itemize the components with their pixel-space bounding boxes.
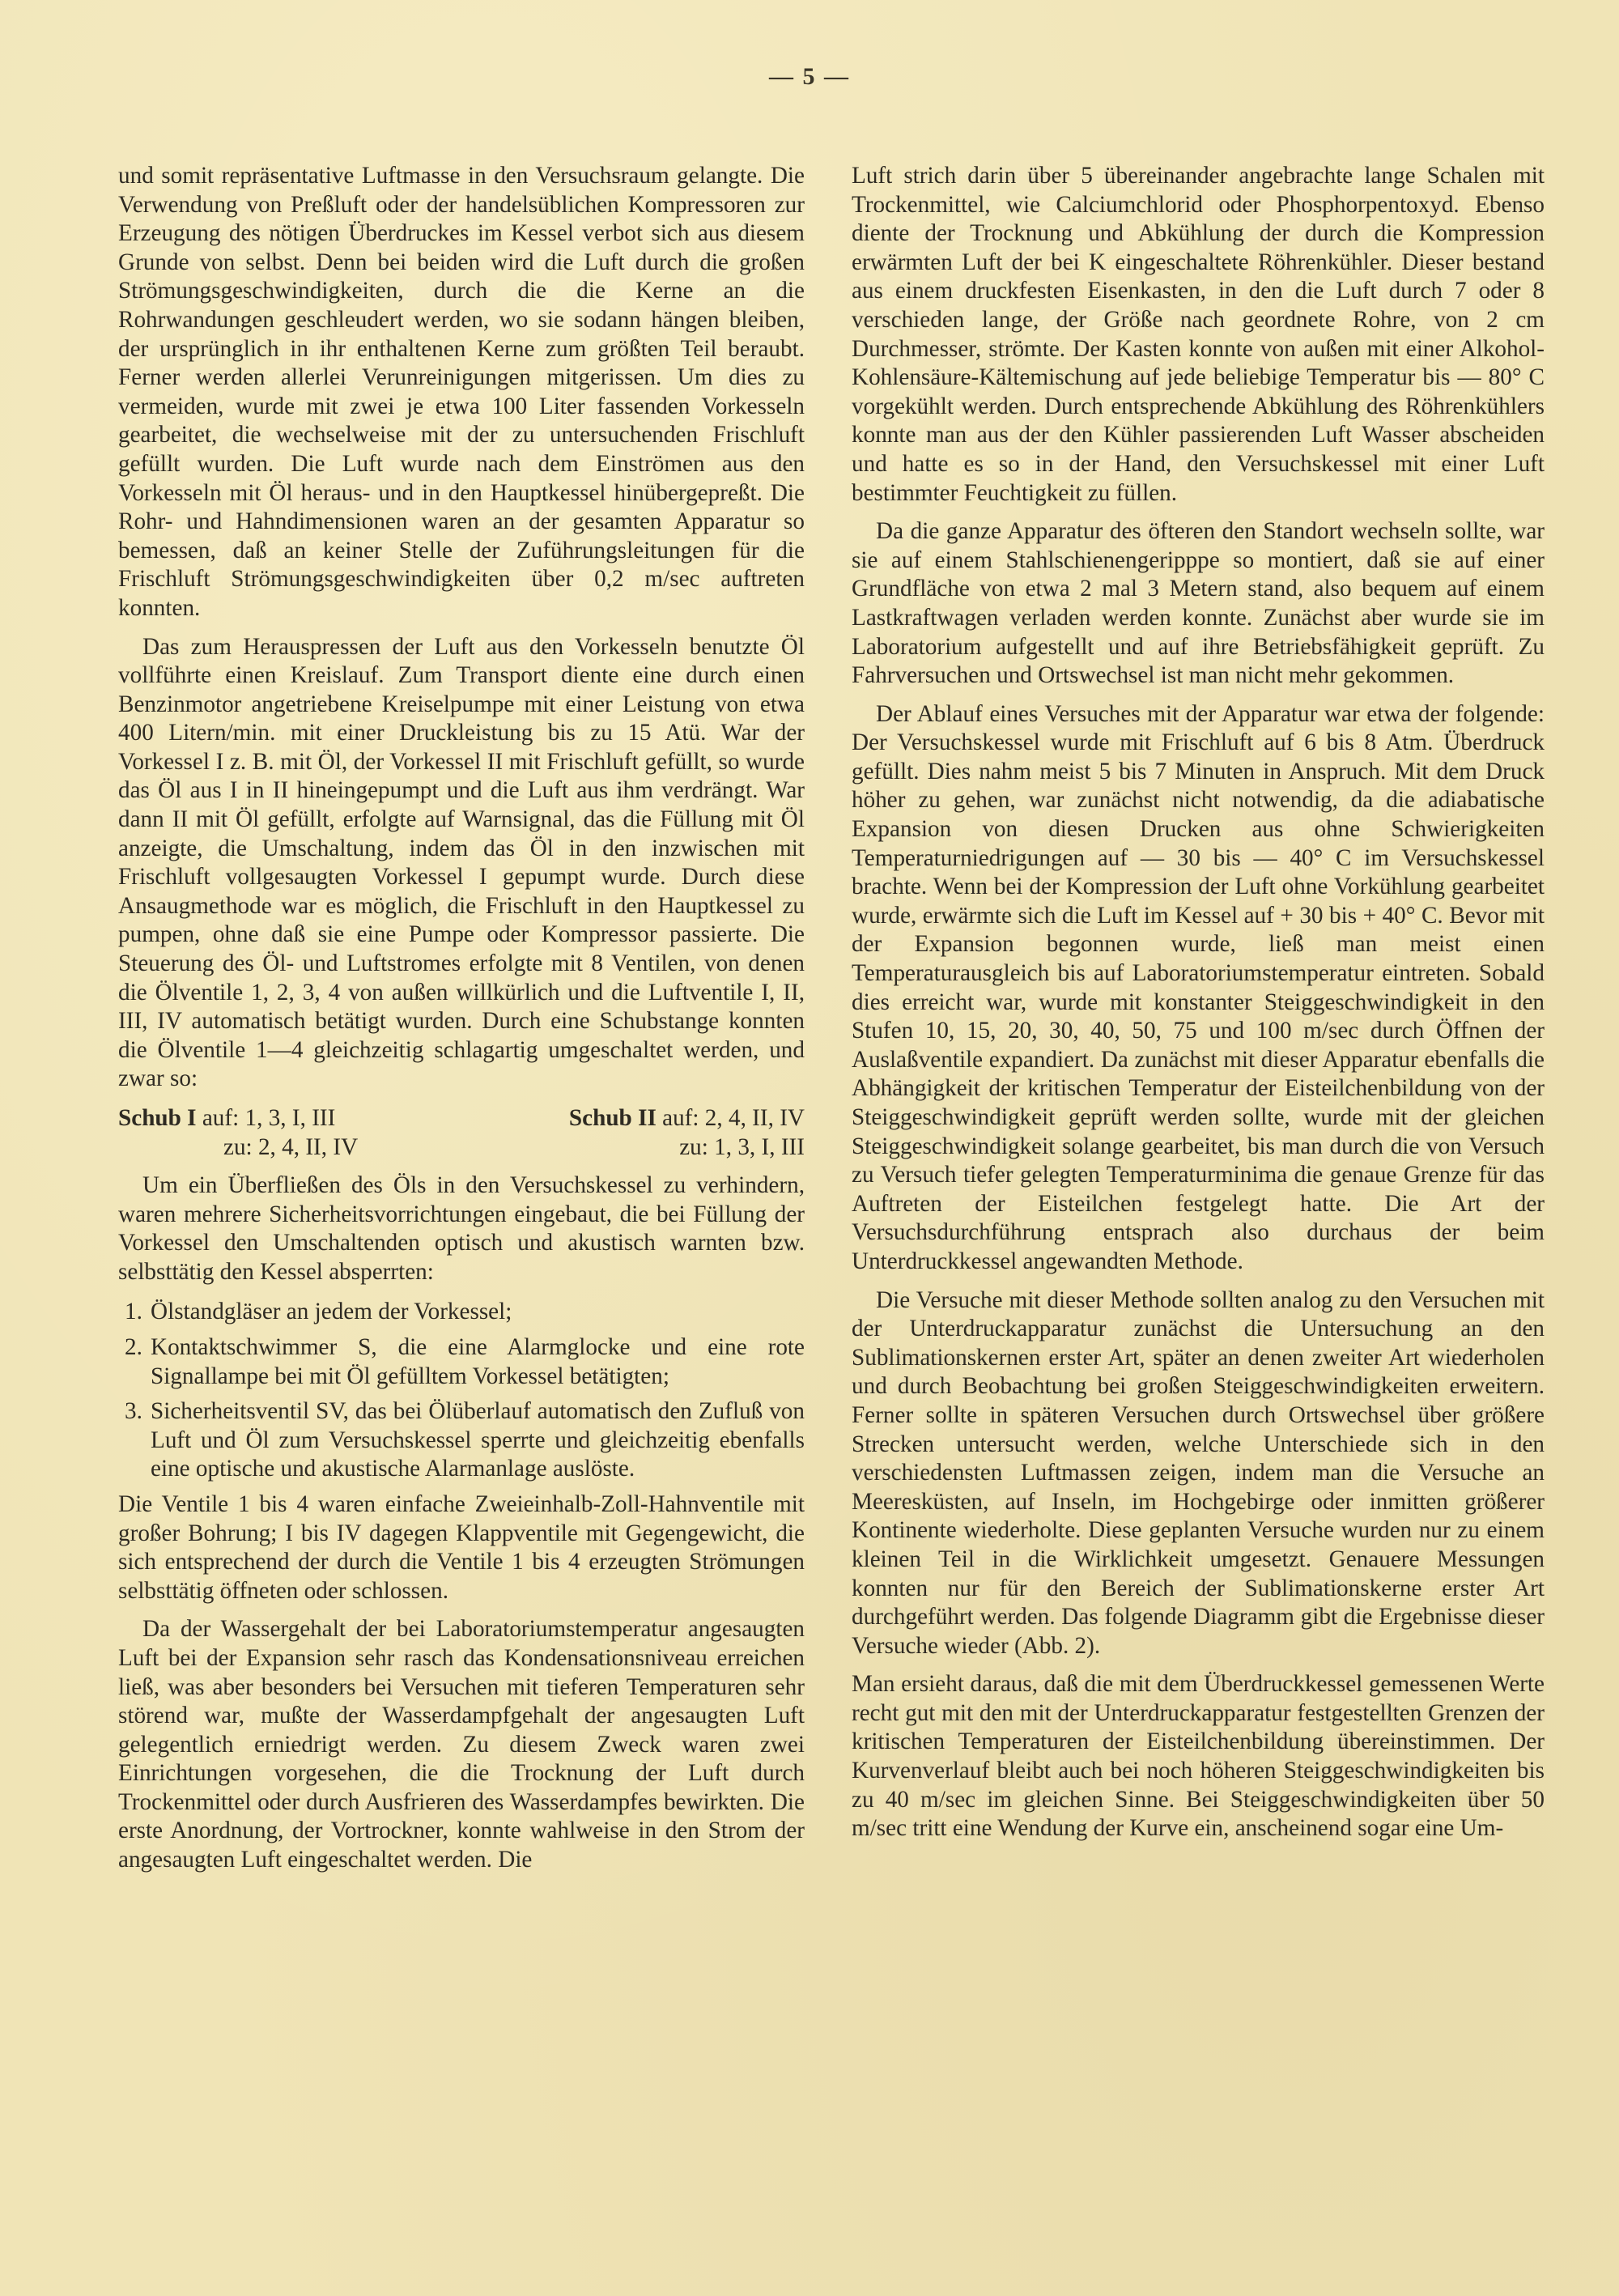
paragraph: Man ersieht daraus, daß die mit dem Über… <box>852 1670 1545 1843</box>
schub-1-auf: Schub I auf: 1, 3, I, III <box>118 1103 461 1133</box>
list-number: 2. <box>125 1333 142 1363</box>
schub-1-label: Schub I <box>118 1105 197 1131</box>
safety-intro: Um ein Überfließen des Öls in den Versuc… <box>118 1171 805 1286</box>
schub-1-auf-values: auf: 1, 3, I, III <box>202 1105 336 1131</box>
paragraph: und somit repräsentative Luftmasse in de… <box>118 162 805 623</box>
page-number: — 5 — <box>0 63 1619 91</box>
schub-2-zu-values: zu: 1, 3, I, III <box>461 1133 805 1162</box>
safety-list: 1. Ölstandgläser an jedem der Vorkessel;… <box>118 1298 805 1484</box>
safety-item: 3. Sicherheitsventil SV, das bei Ölüberl… <box>118 1397 805 1484</box>
list-number: 1. <box>125 1298 142 1327</box>
paragraph: Das zum Herauspressen der Luft aus den V… <box>118 633 805 1095</box>
paragraph: Die Ventile 1 bis 4 waren einfache Zweie… <box>118 1490 805 1605</box>
paragraph: Da der Wassergehalt der bei Laboratorium… <box>118 1615 805 1874</box>
list-text: Kontaktschwimmer S, die eine Alarmglocke… <box>151 1334 805 1389</box>
safety-item: 1. Ölstandgläser an jedem der Vorkessel; <box>118 1298 805 1327</box>
paragraph: Luft strich darin über 5 übereinander an… <box>852 162 1545 508</box>
paragraph: Da die ganze Apparatur des öfteren den S… <box>852 517 1545 691</box>
list-text: Sicherheitsventil SV, das bei Ölüberlauf… <box>151 1398 805 1482</box>
list-number: 3. <box>125 1397 142 1426</box>
safety-item: 2. Kontaktschwimmer S, die eine Alarmglo… <box>118 1333 805 1391</box>
schub-2-label: Schub II <box>569 1105 657 1131</box>
schub-1-zu-values: zu: 2, 4, II, IV <box>118 1133 461 1162</box>
list-text: Ölstandgläser an jedem der Vorkessel; <box>151 1299 512 1324</box>
schub-2-auf-values: auf: 2, 4, II, IV <box>662 1105 805 1131</box>
paragraph: Die Versuche mit dieser Methode sollten … <box>852 1286 1545 1661</box>
schub-table: Schub I auf: 1, 3, I, III Schub II auf: … <box>118 1103 805 1162</box>
left-column: und somit repräsentative Luftmasse in de… <box>118 162 805 1875</box>
paragraph: Der Ablauf eines Versuches mit der Appar… <box>852 700 1545 1277</box>
right-column: Luft strich darin über 5 übereinander an… <box>852 162 1545 1843</box>
schub-2-auf: Schub II auf: 2, 4, II, IV <box>461 1103 805 1133</box>
